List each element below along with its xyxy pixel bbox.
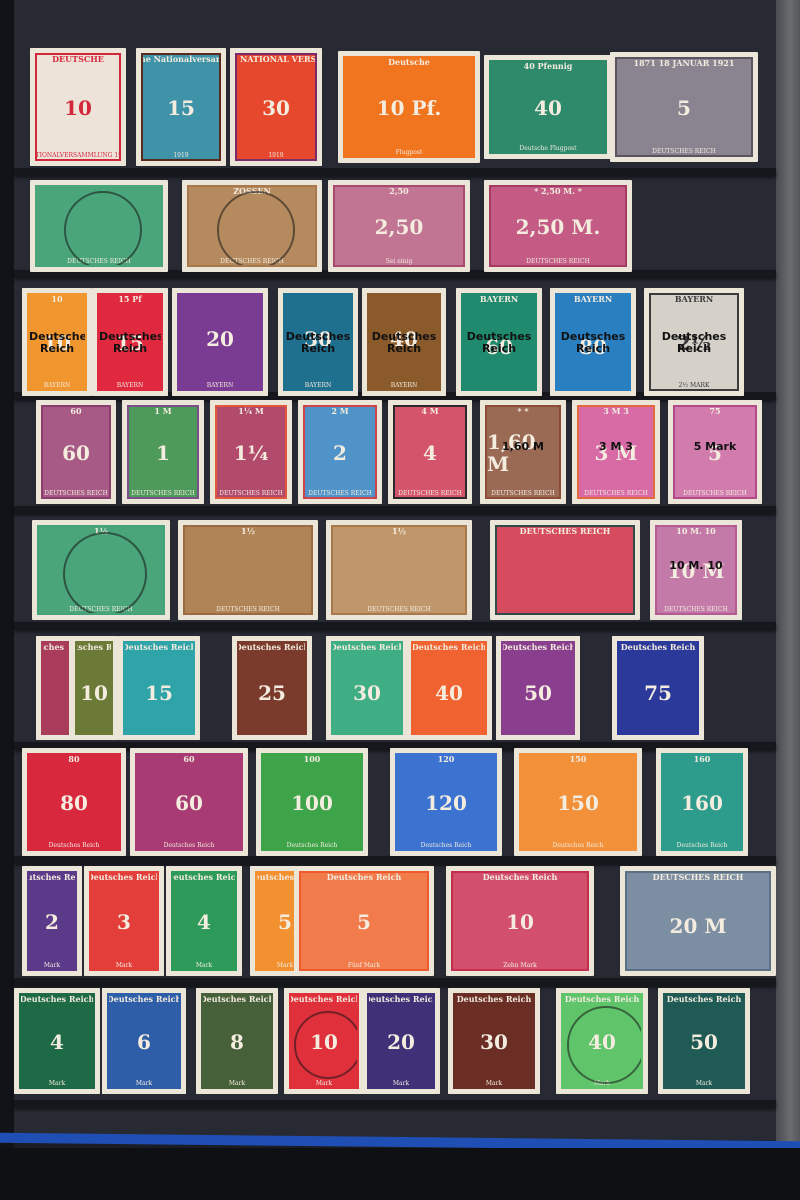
stamp-bottom-text: DEUTSCHES REICH <box>584 490 648 497</box>
stamp-bottom-text: Mark <box>44 962 60 969</box>
stamp: 2,502,50Sei einig <box>328 180 470 272</box>
album-bottom <box>0 1148 800 1200</box>
stamp-value: 10 <box>310 1031 338 1053</box>
stamp-top-text: 160 <box>694 755 711 764</box>
stamp-top-text: 60 <box>183 755 194 764</box>
stamp: BAYERN2½2½ MARKDeutsches Reich <box>644 288 744 396</box>
stamp-value: 10 <box>64 97 92 119</box>
stamp-value: 40 <box>534 97 562 119</box>
stamp-overprint: Deutsches Reich <box>651 331 737 355</box>
album-spine <box>0 0 14 1200</box>
stamp-bottom-text: BAYERN <box>117 382 144 389</box>
stamp-value: 60 <box>62 442 90 464</box>
stamp-bottom-text: DEUTSCHES REICH <box>216 606 280 613</box>
stamp-top-text: Deutsches Reich <box>331 643 403 652</box>
stamp-bottom-text: Mark <box>277 962 293 969</box>
stamp-top-text: DEUTSCHE NATIONAL VERSAMMLUNG <box>235 55 317 64</box>
stamp-value: 20 <box>206 328 234 350</box>
stamp-bottom-text: BAYERN <box>305 382 332 389</box>
stamp-top-text: 3 M 3 <box>603 407 629 416</box>
stamp-top-text: BAYERN <box>675 295 713 304</box>
stamp: Deutsches Reich50 <box>496 636 580 740</box>
stamp: 4 M4DEUTSCHES REICH <box>388 400 472 504</box>
stamp-top-text: 1 M <box>154 407 171 416</box>
stamp-bottom-text: Flugpost <box>396 149 423 156</box>
stamp-top-text: 2 M <box>331 407 348 416</box>
stamp-top-text: DEUTSCHE <box>52 55 104 64</box>
stamp-top-text: 1½ <box>392 527 406 536</box>
stamp-top-text: Deutsches Reich <box>621 643 696 652</box>
stamp-value: 20 M <box>670 915 727 937</box>
stamp-top-text: BAYERN <box>574 295 612 304</box>
stamp-bottom-text: Mark <box>486 1080 502 1087</box>
stamp-value: 50 <box>524 682 552 704</box>
stamp-value: 10 <box>506 911 534 933</box>
stamp-bottom-text: 1919 <box>268 152 283 159</box>
stamp-bottom-text: Deutsches Reich <box>553 842 604 849</box>
stamp-top-text: * * <box>517 407 528 416</box>
stamp-value: 6 <box>137 1031 151 1053</box>
stamp: Deutsches Reich10Mark <box>284 988 364 1094</box>
page-edge <box>776 0 800 1170</box>
stamp-value: 1¼ <box>234 442 269 464</box>
stamp-bottom-text: Deutsches Reich <box>421 842 472 849</box>
stamp: 40 Pfennig40Deutsche Flugpost <box>484 55 612 159</box>
stamp-top-text: Deutsches Reich <box>171 873 237 882</box>
postmark-cancel <box>217 191 295 267</box>
stamp-bottom-text: DEUTSCHES REICH <box>664 606 728 613</box>
stamp-bottom-text: Mark <box>393 1080 409 1087</box>
stamp: DEUTSCHE10NATIONALVERSAMMLUNG 1919 <box>30 48 126 166</box>
stamp-bottom-text: BAYERN <box>44 382 71 389</box>
stamp: Deutsches Reich50Mark <box>658 988 750 1094</box>
stamp-top-text: Deutsches Reich <box>107 995 181 1004</box>
stamp-top-text: 4 M <box>421 407 438 416</box>
stamp: Deutsches Reich30Mark <box>448 988 540 1094</box>
stamp-value: 30 <box>262 97 290 119</box>
stamp-bottom-text: NATIONALVERSAMMLUNG 1919 <box>35 152 121 159</box>
stamp-top-text: Deutsche <box>388 58 430 67</box>
stamp-value: 2,50 M. <box>516 216 601 238</box>
stamp-top-text: Deutsche Nationalversammlung <box>141 55 221 64</box>
stamp-top-text: Deutsches Reich <box>327 873 402 882</box>
stamp: 1½DEUTSCHES REICH <box>326 520 472 620</box>
stamp-overprint: Deutsches Reich <box>285 331 351 355</box>
stamp-bottom-text: DEUTSCHES REICH <box>67 258 131 265</box>
stamp: * 2,50 M. *2,50 M.DEUTSCHES REICH <box>484 180 632 272</box>
stamp-top-text: 1½ <box>241 527 255 536</box>
stamp-bottom-text: BAYERN <box>391 382 418 389</box>
stamp: Deutsches Reich75 <box>612 636 704 740</box>
stamp: 6060DEUTSCHES REICH <box>36 400 116 504</box>
stamp-value: 160 <box>681 792 723 814</box>
stamp-overprint: Deutsches Reich <box>369 331 439 355</box>
stamp: BAYERN80Deutsches Reich <box>550 288 636 396</box>
stamp-bottom-text: Mark <box>136 1080 152 1087</box>
stamp: Deutsches Reich25 <box>232 636 312 740</box>
stamp-bottom-text: Mark <box>196 962 212 969</box>
stamp-value: 75 <box>644 682 672 704</box>
stamp-top-text: Deutsches Reich <box>367 995 435 1004</box>
stamp: 8080Deutsches Reich <box>22 748 126 856</box>
stamp: 2 M2DEUTSCHES REICH <box>298 400 382 504</box>
stamp-value: 25 <box>258 682 286 704</box>
stamp-value: 60 <box>175 792 203 814</box>
stamp-overprint: Deutsches Reich <box>29 331 85 355</box>
stamp-value: 5 <box>357 911 371 933</box>
stamp: 20BAYERN <box>172 288 268 396</box>
stamp: Deutsches Reich6Mark <box>102 988 186 1094</box>
stamp: Deutsches Reich <box>36 636 74 740</box>
stamp-overprint: Deutsches Reich <box>99 331 161 355</box>
stamp-top-text: 80 <box>68 755 79 764</box>
stamp-top-text: ZOSSEN <box>233 187 271 196</box>
postmark-cancel <box>63 532 147 615</box>
stamp-top-text: 1871 18 JANUAR 1921 <box>634 59 735 68</box>
stamp-top-text: Deutsches Reich <box>289 995 359 1004</box>
stamp-top-text: 10 M. 10 <box>676 527 715 536</box>
stamp-bottom-text: Mark <box>594 1080 610 1087</box>
stamp: 160160Deutsches Reich <box>656 748 748 856</box>
stamp-value: 120 <box>425 792 467 814</box>
stockbook-strip <box>14 168 776 176</box>
stamp-bottom-text: Mark <box>116 962 132 969</box>
stamp: 15 Pf15BAYERNDeutsches Reich <box>92 288 168 396</box>
stockbook-strip <box>14 1100 776 1108</box>
stamp-top-text: Deutsches Reich <box>565 995 640 1004</box>
stamp-top-text: 100 <box>304 755 321 764</box>
stockbook-strip <box>14 622 776 630</box>
stamp-bottom-text: 1919 <box>173 152 188 159</box>
stamp-value: 4 <box>197 911 211 933</box>
stamp: ZOSSENDEUTSCHES REICH <box>182 180 322 272</box>
stamp-value: 4 <box>423 442 437 464</box>
stamp-top-text: 120 <box>438 755 455 764</box>
stamp-top-text: 15 Pf <box>118 295 141 304</box>
stamp-bottom-text: DEUTSCHES REICH <box>367 606 431 613</box>
stamp-bottom-text: Deutsche Flugpost <box>519 145 576 152</box>
stamp-top-text: Deutsches Reich <box>237 643 307 652</box>
stamp-bottom-text: Zehn Mark <box>503 962 537 969</box>
stamp: Deutsche10 Pf.Flugpost <box>338 51 480 163</box>
stamp: Deutsches Reich10Zehn Mark <box>446 866 594 976</box>
stamp-bottom-text: DEUTSCHES REICH <box>220 258 284 265</box>
stamp-bottom-text: Deutsches Reich <box>287 842 338 849</box>
stamp-top-text: Deutsches Reich <box>412 643 487 652</box>
stamp-bottom-text: Mark <box>316 1080 332 1087</box>
stamp-value: 50 <box>690 1031 718 1053</box>
stamp-value: 80 <box>60 792 88 814</box>
stamp-bottom-text: DEUTSCHES REICH <box>131 490 195 497</box>
stamp-bottom-text: Mark <box>229 1080 245 1087</box>
stamp: 30BAYERNDeutsches Reich <box>278 288 358 396</box>
stamp: Deutsches Reich8Mark <box>196 988 278 1094</box>
stamp-value: 5 <box>677 97 691 119</box>
stamp: Deutsches Reich3Mark <box>84 866 164 976</box>
stamp: Deutsches Reich4Mark <box>166 866 242 976</box>
stamp-top-text: Deutsches Reich <box>20 995 95 1004</box>
stamp: 6060Deutsches Reich <box>130 748 248 856</box>
stamp: 1¼ M1¼DEUTSCHES REICH <box>210 400 292 504</box>
stamp-value: 2,50 <box>375 216 424 238</box>
stamp-top-text: 1½ <box>94 527 108 536</box>
stamp: DEUTSCHE NATIONAL VERSAMMLUNG301919 <box>230 48 322 166</box>
stamp: 3 M 33 MDEUTSCHES REICH3 M 3 <box>572 400 660 504</box>
stamp-top-text: Deutsches Reich <box>667 995 742 1004</box>
stamp: * *1,60 MDEUTSCHES REICH1,60 M <box>480 400 566 504</box>
stamp-top-text: Deutsches Reich <box>123 643 195 652</box>
stamp-top-text: Deutsches Reich <box>201 995 273 1004</box>
stamp-bottom-text: 2½ MARK <box>678 382 709 389</box>
stamp-top-text: 60 <box>70 407 81 416</box>
stamp-top-text: * 2,50 M. * <box>534 187 582 196</box>
stamp-bottom-text: DEUTSCHES REICH <box>526 258 590 265</box>
stamp-bottom-text: DEUTSCHES REICH <box>398 490 462 497</box>
stamp-overprint: 5 Mark <box>675 441 755 453</box>
stamp-bottom-text: Deutsches Reich <box>677 842 728 849</box>
stamp-top-text: Deutsches Reich <box>89 873 159 882</box>
stamp-value: 15 <box>167 97 195 119</box>
stamp: Deutsches Reich5Fünf Mark <box>294 866 434 976</box>
stamp-value: 8 <box>230 1031 244 1053</box>
stockbook-strip <box>14 856 776 864</box>
stamp-top-text: Deutsches Reich <box>27 873 77 882</box>
stamp-top-text: Deutsches Reich <box>41 643 69 652</box>
stamp-value: 40 <box>588 1031 616 1053</box>
stamp: Deutsches Reich10 <box>70 636 118 740</box>
stamp-bottom-text: Fünf Mark <box>348 962 380 969</box>
stamp: Deutsches Reich4Mark <box>14 988 100 1094</box>
stamp: Deutsches Reich15 <box>118 636 200 740</box>
stamp-value: 10 Pf. <box>377 97 442 119</box>
stamp-overprint: Deutsches Reich <box>557 331 629 355</box>
stamp: 1871 18 JANUAR 19215DEUTSCHES REICH <box>610 52 758 162</box>
stamp-overprint: 10 M. 10 <box>657 560 735 572</box>
stamp-top-text: 40 Pfennig <box>524 62 573 71</box>
stamp-top-text: Deutsches Reich <box>483 873 558 882</box>
stamp: Deutsches Reich30 <box>326 636 408 740</box>
stamp-bottom-text: Mark <box>696 1080 712 1087</box>
stamp-overprint: 1,60 M <box>487 441 559 453</box>
stamp: 10 M. 1010 MDEUTSCHES REICH10 M. 10 <box>650 520 742 620</box>
stamp-value: 20 <box>387 1031 415 1053</box>
stamp: 150150Deutsches Reich <box>514 748 642 856</box>
stamp-bottom-text: Mark <box>49 1080 65 1087</box>
stamp-top-text: 75 <box>709 407 720 416</box>
stamp-top-text: 2,50 <box>389 187 408 196</box>
stamp-bottom-text: DEUTSCHES REICH <box>652 148 716 155</box>
stamp-bottom-text: DEUTSCHES REICH <box>308 490 372 497</box>
stamp: BAYERN60Deutsches Reich <box>456 288 542 396</box>
stockbook-strip <box>14 506 776 514</box>
stamp-bottom-text: DEUTSCHES REICH <box>44 490 108 497</box>
stamp-value: 2 <box>45 911 59 933</box>
stamp-top-text: BAYERN <box>480 295 518 304</box>
stamp-top-text: DEUTSCHES REICH <box>653 873 744 882</box>
stamp-value: 3 <box>117 911 131 933</box>
stamp-bottom-text: Deutsches Reich <box>49 842 100 849</box>
stamp-value: 5 <box>278 911 292 933</box>
stockbook-strip <box>14 978 776 986</box>
stamp: 40BAYERNDeutsches Reich <box>362 288 446 396</box>
stamp-bottom-text: DEUTSCHES REICH <box>219 490 283 497</box>
stamp: DEUTSCHES REICH <box>30 180 168 272</box>
stamp: 100100Deutsches Reich <box>256 748 368 856</box>
stamp: Deutsche Nationalversammlung151919 <box>136 48 226 166</box>
stamp: 1010BAYERNDeutsches Reich <box>22 288 92 396</box>
stamp: DEUTSCHES REICH20 M <box>620 866 776 976</box>
stamp-top-text: Deutsches Reich <box>75 643 113 652</box>
stamp-bottom-text: DEUTSCHES REICH <box>69 606 133 613</box>
stamp: 755DEUTSCHES REICH5 Mark <box>668 400 762 504</box>
stamp-value: 30 <box>480 1031 508 1053</box>
stamp-bottom-text: Deutsches Reich <box>164 842 215 849</box>
stamp-top-text: 10 <box>51 295 62 304</box>
stamp-value: 10 <box>80 682 108 704</box>
stamp-value: 100 <box>291 792 333 814</box>
stamp-value: 30 <box>353 682 381 704</box>
stamp: 1½DEUTSCHES REICH <box>178 520 318 620</box>
stamp-bottom-text: BAYERN <box>207 382 234 389</box>
stamp: Deutsches Reich20Mark <box>362 988 440 1094</box>
stamp-top-text: Deutsches Reich <box>501 643 575 652</box>
stamp-value: 15 <box>145 682 173 704</box>
stamp: Deutsches Reich40 <box>406 636 492 740</box>
stamp: 1½DEUTSCHES REICH <box>32 520 170 620</box>
stamp-top-text: DEUTSCHES REICH <box>520 527 611 536</box>
stamp-value: 4 <box>50 1031 64 1053</box>
stamp: Deutsches Reich2Mark <box>22 866 82 976</box>
stamp-bottom-text: DEUTSCHES REICH <box>683 490 747 497</box>
stamp-top-text: 150 <box>570 755 587 764</box>
stamp-value: 40 <box>435 682 463 704</box>
stamp-bottom-text: DEUTSCHES REICH <box>491 490 555 497</box>
stamp-top-text: 1¼ M <box>238 407 264 416</box>
stamp-bottom-text: Sei einig <box>386 258 413 265</box>
stamp: 120120Deutsches Reich <box>390 748 502 856</box>
stamp: Deutsches Reich40Mark <box>556 988 648 1094</box>
stamp-value: 2 <box>333 442 347 464</box>
stamp: DEUTSCHES REICH <box>490 520 640 620</box>
stamp-value: 1 <box>156 442 170 464</box>
stamp-overprint: Deutsches Reich <box>463 331 535 355</box>
stamp-top-text: Deutsches Reich <box>457 995 532 1004</box>
postmark-cancel <box>64 191 142 267</box>
stamp: 1 M1DEUTSCHES REICH <box>122 400 204 504</box>
stamp-overprint: 3 M 3 <box>579 441 653 453</box>
stamp-value: 150 <box>557 792 599 814</box>
